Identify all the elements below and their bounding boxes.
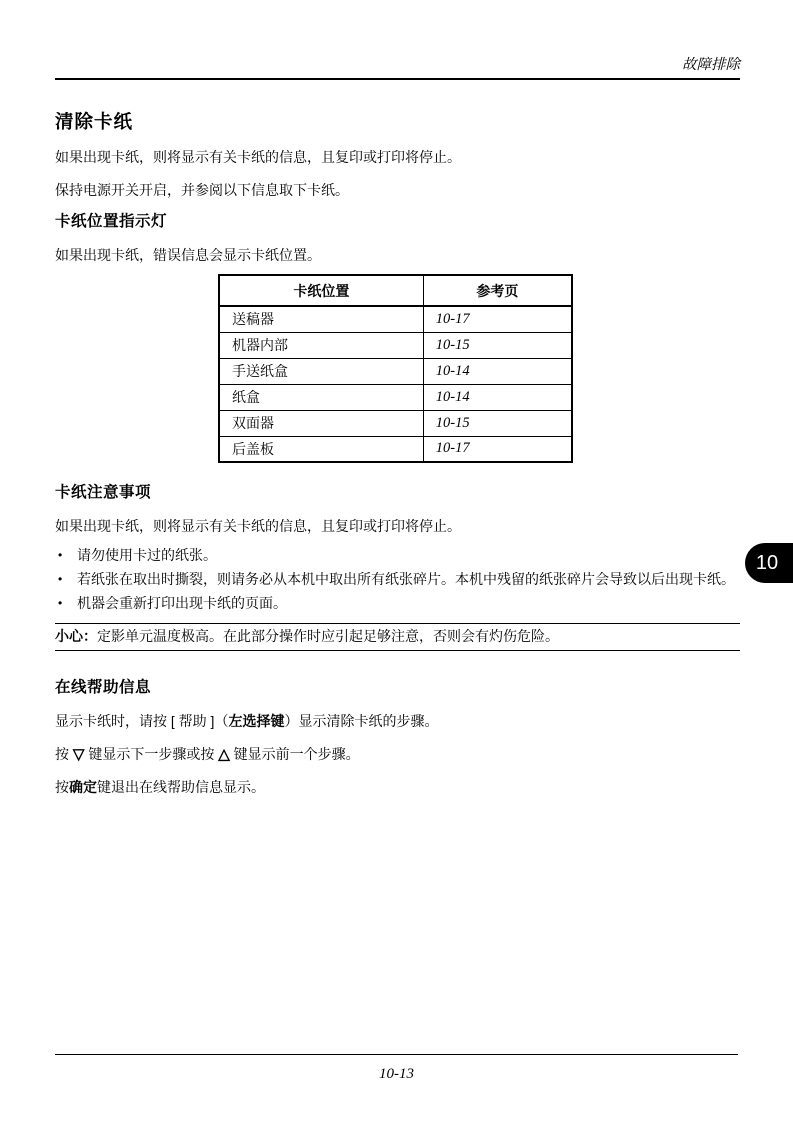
table-cell-location: 送稿器 <box>219 306 423 332</box>
jam-precautions-paragraph: 如果出现卡纸，则将显示有关卡纸的信息，且复印或打印将停止。 <box>55 518 740 535</box>
list-item: • 请勿使用卡过的纸张。 <box>55 547 740 564</box>
help-line3-pre: 按 <box>55 779 69 795</box>
table-cell-location: 双面器 <box>219 410 423 436</box>
precaution-list: • 请勿使用卡过的纸张。 • 若纸张在取出时撕裂，则请务必从本机中取出所有纸张碎… <box>55 547 740 612</box>
chapter-tab: 10 <box>745 543 793 583</box>
bullet-icon: • <box>55 595 77 612</box>
table-row: 送稿器 10-17 <box>219 306 572 332</box>
section-heading-jam-precautions: 卡纸注意事项 <box>55 483 740 502</box>
table-cell-refpage: 10-17 <box>423 436 572 462</box>
caution-text: 定影单元温度极高。在此部分操作时应引起足够注意，否则会有灼伤危险。 <box>97 628 559 644</box>
online-help-line-1: 显示卡纸时，请按 [ 帮助 ]（左选择键）显示清除卡纸的步骤。 <box>55 713 740 730</box>
help-line2-post: 键显示前一个步骤。 <box>230 746 360 762</box>
help-line2-mid: 键显示下一步骤或按 <box>84 746 218 762</box>
intro-paragraph-1: 如果出现卡纸，则将显示有关卡纸的信息，且复印或打印将停止。 <box>55 149 740 166</box>
table-cell-refpage: 10-14 <box>423 384 572 410</box>
table-header-jam-position: 卡纸位置 <box>219 275 423 306</box>
table-header-row: 卡纸位置 参考页 <box>219 275 572 306</box>
table-cell-refpage: 10-17 <box>423 306 572 332</box>
list-item: • 若纸张在取出时撕裂，则请务必从本机中取出所有纸张碎片。本机中残留的纸张碎片会… <box>55 571 740 588</box>
table-cell-location: 机器内部 <box>219 332 423 358</box>
table-row: 机器内部 10-15 <box>219 332 572 358</box>
table-cell-location: 纸盒 <box>219 384 423 410</box>
bullet-text: 若纸张在取出时撕裂，则请务必从本机中取出所有纸张碎片。本机中残留的纸张碎片会导致… <box>77 571 735 588</box>
help-line1-pre: 显示卡纸时，请按 [ 帮助 ]（ <box>55 713 228 729</box>
table-row: 纸盒 10-14 <box>219 384 572 410</box>
caution-label: 小心： <box>55 628 97 644</box>
ok-key-label: 确定 <box>69 779 97 795</box>
table-row: 双面器 10-15 <box>219 410 572 436</box>
table-cell-refpage: 10-14 <box>423 358 572 384</box>
online-help-line-3: 按确定键退出在线帮助信息显示。 <box>55 779 740 796</box>
caution-box: 小心：定影单元温度极高。在此部分操作时应引起足够注意，否则会有灼伤危险。 <box>55 623 740 651</box>
bullet-icon: • <box>55 571 77 588</box>
section-heading-online-help: 在线帮助信息 <box>55 678 740 697</box>
section-heading-jam-location: 卡纸位置指示灯 <box>55 212 740 231</box>
table-row: 后盖板 10-17 <box>219 436 572 462</box>
table-cell-location: 手送纸盒 <box>219 358 423 384</box>
jam-location-table: 卡纸位置 参考页 送稿器 10-17 机器内部 10-15 手送纸盒 10-14 <box>218 274 573 463</box>
table-cell-refpage: 10-15 <box>423 410 572 436</box>
help-line1-post: ）显示清除卡纸的步骤。 <box>284 713 438 729</box>
table-cell-location: 后盖板 <box>219 436 423 462</box>
list-item: • 机器会重新打印出现卡纸的页面。 <box>55 595 740 612</box>
manual-page: 故障排除 清除卡纸 如果出现卡纸，则将显示有关卡纸的信息，且复印或打印将停止。 … <box>0 0 793 1123</box>
help-line2-pre: 按 <box>55 746 73 762</box>
bullet-text: 请勿使用卡过的纸张。 <box>77 547 217 564</box>
table-row: 手送纸盒 10-14 <box>219 358 572 384</box>
running-header-title: 故障排除 <box>682 57 740 73</box>
intro-paragraph-2: 保持电源开关开启，并参阅以下信息取下卡纸。 <box>55 182 740 199</box>
left-select-key-label: 左选择键 <box>228 713 284 729</box>
running-header: 故障排除 <box>55 0 740 74</box>
online-help-line-2: 按 ▽ 键显示下一步骤或按 △ 键显示前一个步骤。 <box>55 746 740 763</box>
footer-rule <box>55 1054 738 1055</box>
table-cell-refpage: 10-15 <box>423 332 572 358</box>
bullet-text: 机器会重新打印出现卡纸的页面。 <box>77 595 287 612</box>
table-header-reference-page: 参考页 <box>423 275 572 306</box>
up-arrow-key-icon: △ <box>218 746 230 763</box>
header-rule <box>55 78 740 80</box>
page-number: 10-13 <box>0 1066 793 1083</box>
down-arrow-key-icon: ▽ <box>73 746 85 763</box>
help-line3-post: 键退出在线帮助信息显示。 <box>97 779 265 795</box>
page-content: 故障排除 清除卡纸 如果出现卡纸，则将显示有关卡纸的信息，且复印或打印将停止。 … <box>55 0 740 796</box>
chapter-tab-number: 10 <box>756 553 778 573</box>
page-title: 清除卡纸 <box>55 111 740 133</box>
bullet-icon: • <box>55 547 77 564</box>
jam-location-paragraph: 如果出现卡纸，错误信息会显示卡纸位置。 <box>55 247 740 264</box>
